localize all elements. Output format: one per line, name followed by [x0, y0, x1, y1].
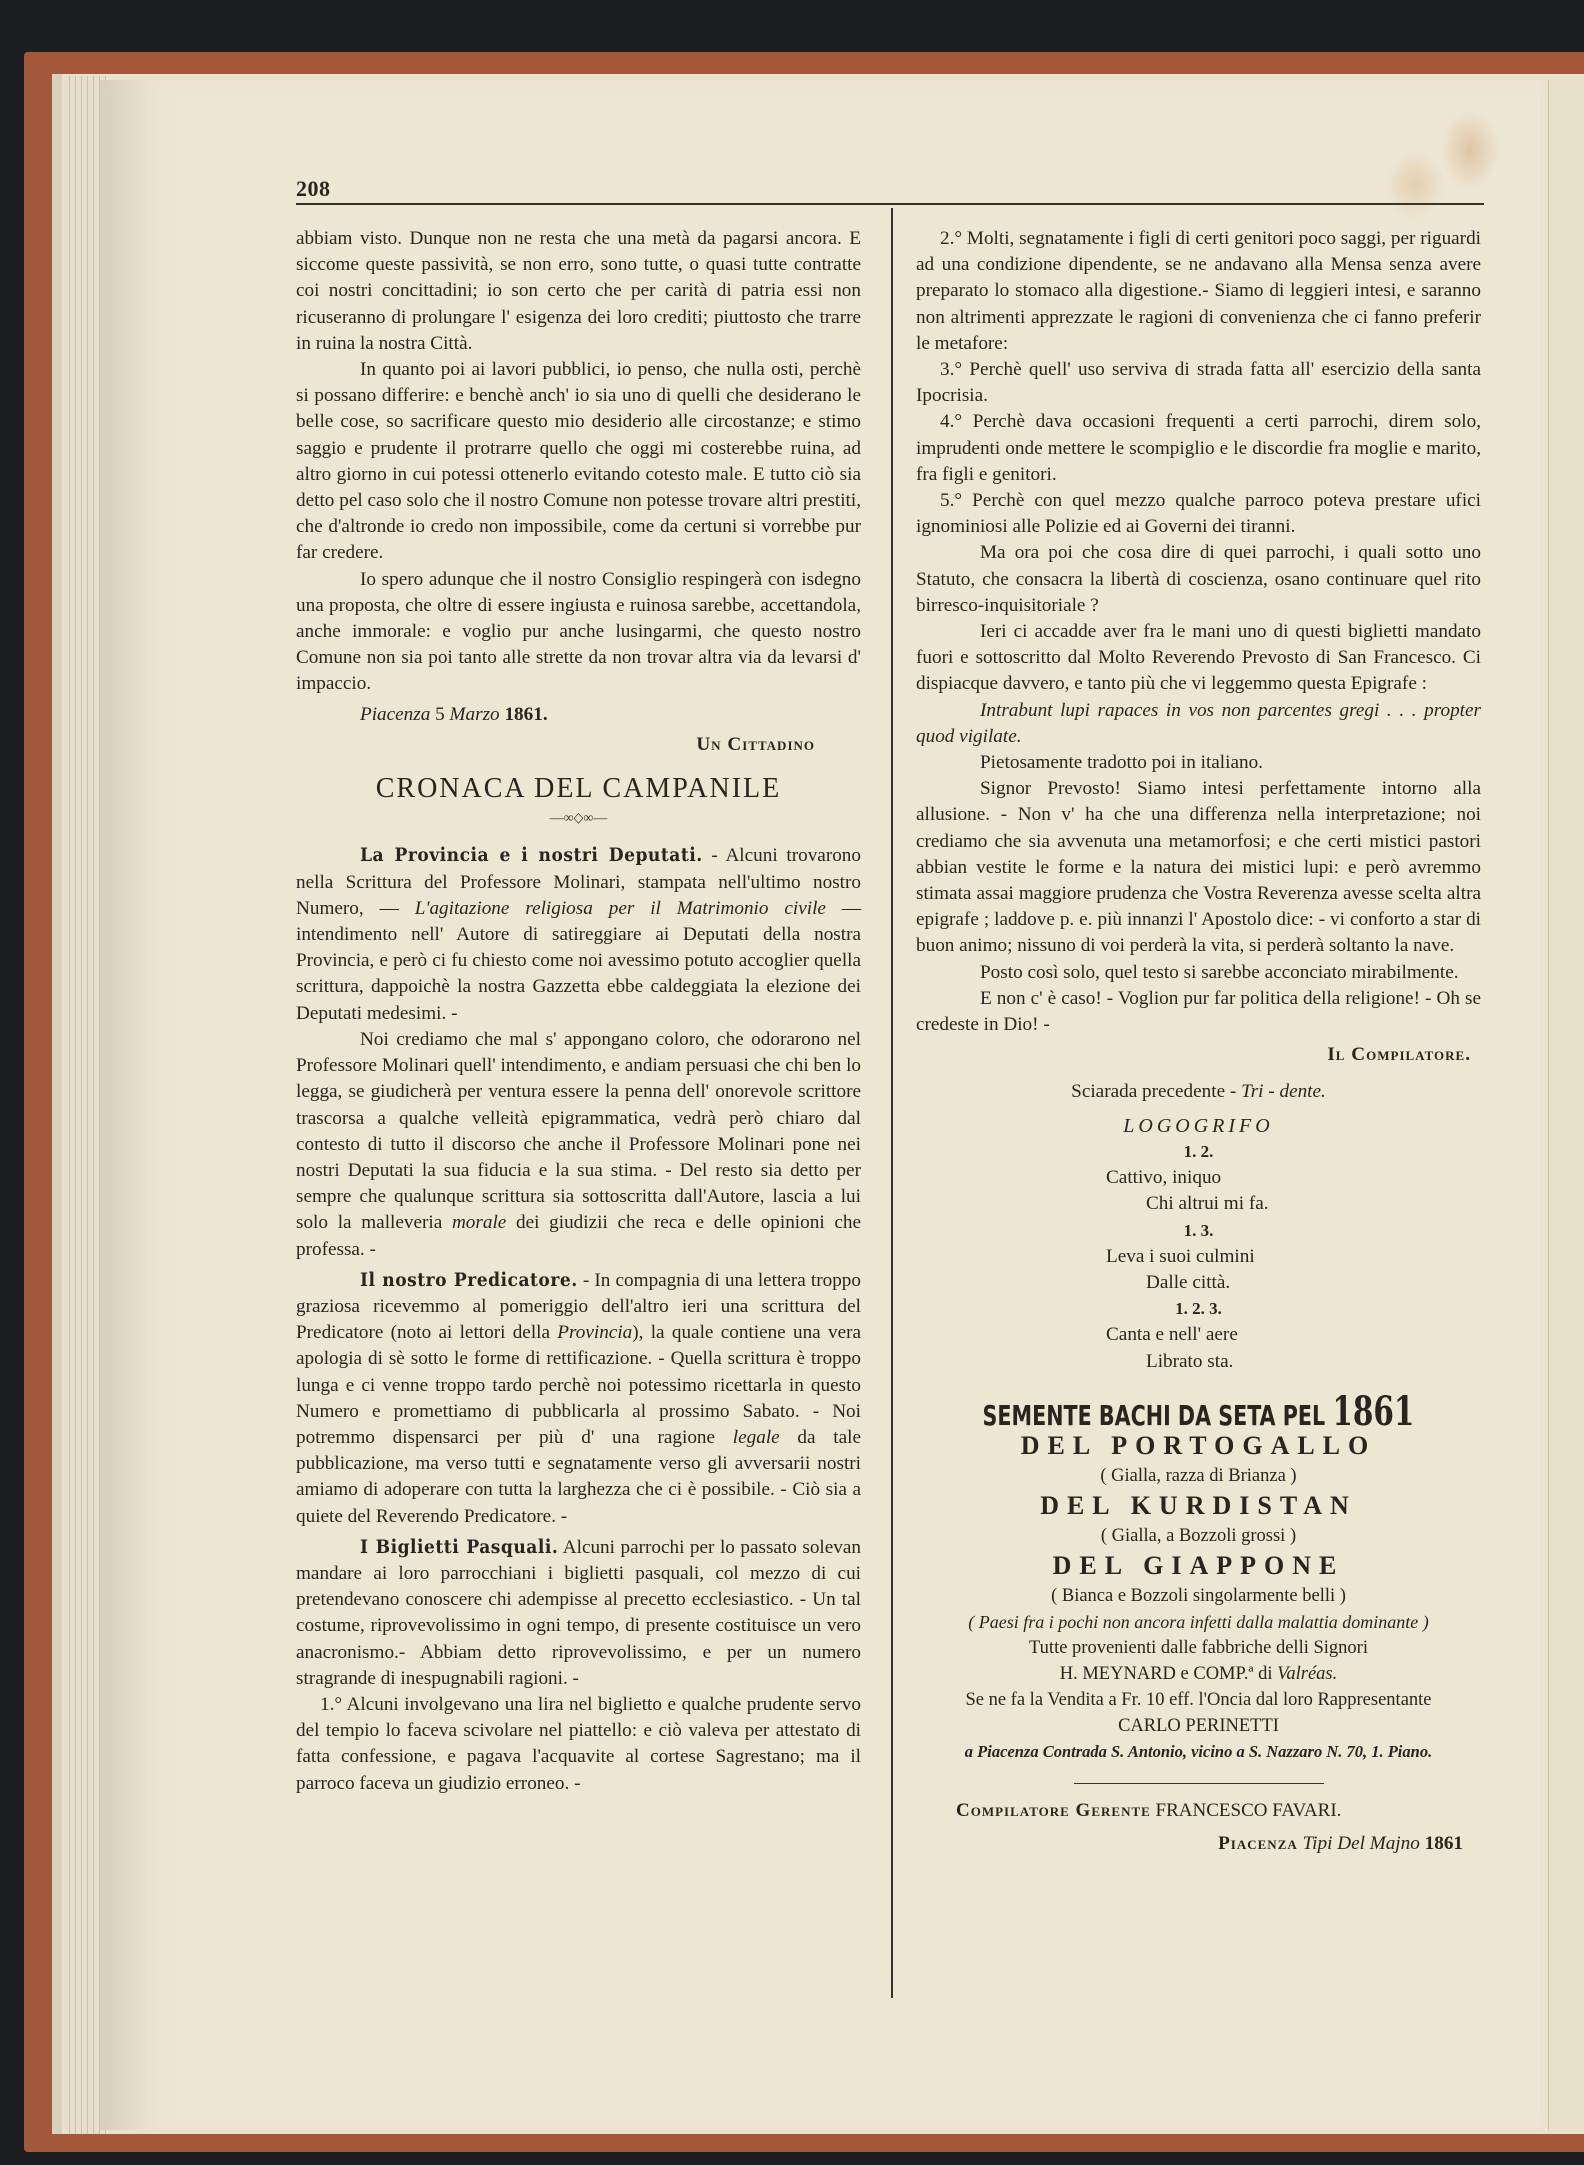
paragraph: Signor Prevosto! Siamo intesi perfettame… [916, 776, 1481, 959]
numbered-point: 2.° Molti, segnatamente i figli di certi… [916, 226, 1481, 357]
signature: Un Cittadino [296, 732, 861, 758]
ad-provenance: Tutte provenienti dalle fabbriche delli … [916, 1635, 1481, 1661]
ad-origin-note: ( Gialla, razza di Brianza ) [916, 1463, 1481, 1489]
editor-line: Compilatore Gerente FRANCESCO FAVARI. [916, 1798, 1481, 1824]
item-heading: La Provincia e i nostri Deputati. [360, 844, 703, 866]
ornament-divider: —∞◇∞— [296, 806, 861, 832]
news-item: Il nostro Predicatore. - In compagnia di… [296, 1267, 861, 1530]
paragraph: Posto così solo, quel testo si sarebbe a… [916, 960, 1481, 986]
news-item: La Provincia e i nostri Deputati. - Alcu… [296, 842, 861, 1026]
left-column: abbiam visto. Dunque non ne resta che un… [296, 226, 861, 1797]
page-header: 208 [296, 176, 1484, 202]
page-number: 208 [296, 176, 331, 201]
ad-origin-note: ( Gialla, a Bozzoli grossi ) [916, 1523, 1481, 1549]
numbered-point: 1.° Alcuni involgevano una lira nel bigl… [296, 1692, 861, 1797]
logogrifo-title: LOGOGRIFO [916, 1113, 1481, 1139]
dateline: Piacenza 5 Marzo 1861. [296, 702, 861, 728]
ad-address: a Piacenza Contrada S. Antonio, vicino a… [916, 1739, 1481, 1765]
item-heading: I Biglietti Pasquali. [360, 1536, 558, 1558]
printer-line: Piacenza Tipi Del Majno 1861 [916, 1831, 1481, 1857]
signature: Il Compilatore. [916, 1042, 1481, 1068]
ad-origin: DEL GIAPPONE [916, 1549, 1481, 1583]
news-item: I Biglietti Pasquali. Alcuni parrochi pe… [296, 1534, 861, 1692]
ad-origin-note: ( Bianca e Bozzoli singolarmente belli ) [916, 1583, 1481, 1609]
paragraph: In quanto poi ai lavori pubblici, io pen… [296, 357, 861, 567]
ad-italic-note: ( Paesi fra i pochi non ancora infetti d… [916, 1609, 1481, 1635]
column-divider [891, 208, 893, 1998]
paragraph: Ma ora poi che cosa dire di quei parroch… [916, 540, 1481, 619]
paragraph: Io spero adunque che il nostro Consiglio… [296, 567, 861, 698]
paragraph: Ieri ci accadde aver fra le mani uno di … [916, 619, 1481, 698]
paragraph: abbiam visto. Dunque non ne resta che un… [296, 226, 861, 357]
section-title: CRONACA DEL CAMPANILE [296, 776, 861, 802]
logogrifo-stanza: 1. 2. 3. Canta e nell' aere Librato sta. [916, 1296, 1481, 1375]
sciarada-solution: Sciarada precedente - Tri - dente. [916, 1079, 1481, 1105]
ad-agent: CARLO PERINETTI [916, 1713, 1481, 1739]
ad-maker: H. MEYNARD e COMP.ª di Valréas. [916, 1661, 1481, 1687]
ad-sale: Se ne fa la Vendita a Fr. 10 eff. l'Onci… [916, 1687, 1481, 1713]
paragraph: Pietosamente tradotto poi in italiano. [916, 750, 1481, 776]
footer-rule [1074, 1783, 1324, 1785]
item-heading: Il nostro Predicatore. [360, 1269, 578, 1291]
paragraph: Noi crediamo che mal s' appongano coloro… [296, 1027, 861, 1263]
ad-origin: DEL KURDISTAN [916, 1489, 1481, 1523]
advertisement: SEMENTE BACHI DA SETA PEL 1861 DEL PORTO… [916, 1399, 1481, 1765]
facing-page-edge [1548, 80, 1584, 2130]
numbered-point: 4.° Perchè dava occasioni frequenti a ce… [916, 409, 1481, 488]
right-column: 2.° Molti, segnatamente i figli di certi… [916, 226, 1481, 1857]
header-rule [296, 203, 1484, 205]
logogrifo-stanza: 1. 3. Leva i suoi culmini Dalle città. [916, 1218, 1481, 1297]
numbered-point: 3.° Perchè quell' uso serviva di strada … [916, 357, 1481, 409]
paragraph: E non c' è caso! - Voglion pur far polit… [916, 986, 1481, 1038]
epigraph: Intrabunt lupi rapaces in vos non parcen… [916, 698, 1481, 750]
logogrifo-stanza: 1. 2. Cattivo, iniquo Chi altrui mi fa. [916, 1139, 1481, 1218]
numbered-point: 5.° Perchè con quel mezzo qualche parroc… [916, 488, 1481, 540]
ad-headline: SEMENTE BACHI DA SETA PEL 1861 [967, 1399, 1430, 1429]
